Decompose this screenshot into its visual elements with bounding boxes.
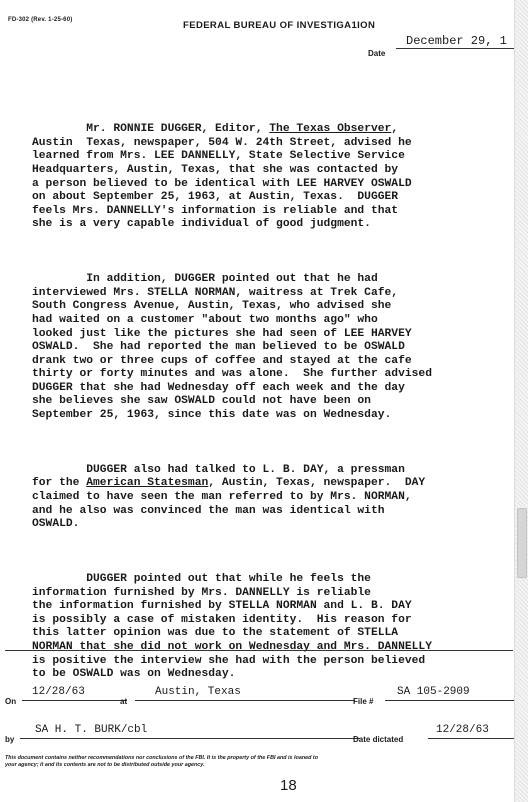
agent-field: SA H. T. BURK/cbl xyxy=(20,724,360,739)
file-label: File # xyxy=(353,697,373,706)
date-value: December 29, 1 xyxy=(396,34,526,49)
on-date-field: 12/28/63 xyxy=(22,686,127,701)
paragraph-2: In addition, DUGGER pointed out that he … xyxy=(32,273,507,423)
date-dictated-field: 12/28/63 xyxy=(428,724,516,739)
on-label: On xyxy=(5,697,16,706)
paragraph-3: DUGGER also had talked to L. B. DAY, a p… xyxy=(32,464,507,532)
document-page: FD-302 (Rev. 1-25-60) FEDERAL BUREAU OF … xyxy=(0,0,515,802)
date-label: Date xyxy=(368,49,385,58)
disclaimer: This document contains neither recommend… xyxy=(5,755,513,769)
scrollbar-thumb[interactable] xyxy=(517,508,527,578)
date-dictated-label: Date dictated xyxy=(353,735,403,744)
paragraph-4: DUGGER pointed out that while he feels t… xyxy=(32,573,507,682)
publication-name: The Texas Observer xyxy=(269,123,391,135)
paragraph-1: Mr. RONNIE DUGGER, Editor, The Texas Obs… xyxy=(32,123,507,232)
form-number: FD-302 (Rev. 1-25-60) xyxy=(8,17,72,23)
by-label: by xyxy=(5,735,14,744)
publication-name: American Statesman xyxy=(86,477,208,489)
report-body: Mr. RONNIE DUGGER, Editor, The Texas Obs… xyxy=(32,96,507,723)
location-field: Austin, Texas xyxy=(135,686,355,701)
divider xyxy=(5,650,513,651)
file-number-field: SA 105-2909 xyxy=(385,686,517,701)
at-label: at xyxy=(120,697,127,706)
vertical-scrollbar[interactable] xyxy=(514,0,528,802)
agency-title: FEDERAL BUREAU OF INVESTIGA1ION xyxy=(183,20,375,31)
page-number: 18 xyxy=(280,777,297,794)
